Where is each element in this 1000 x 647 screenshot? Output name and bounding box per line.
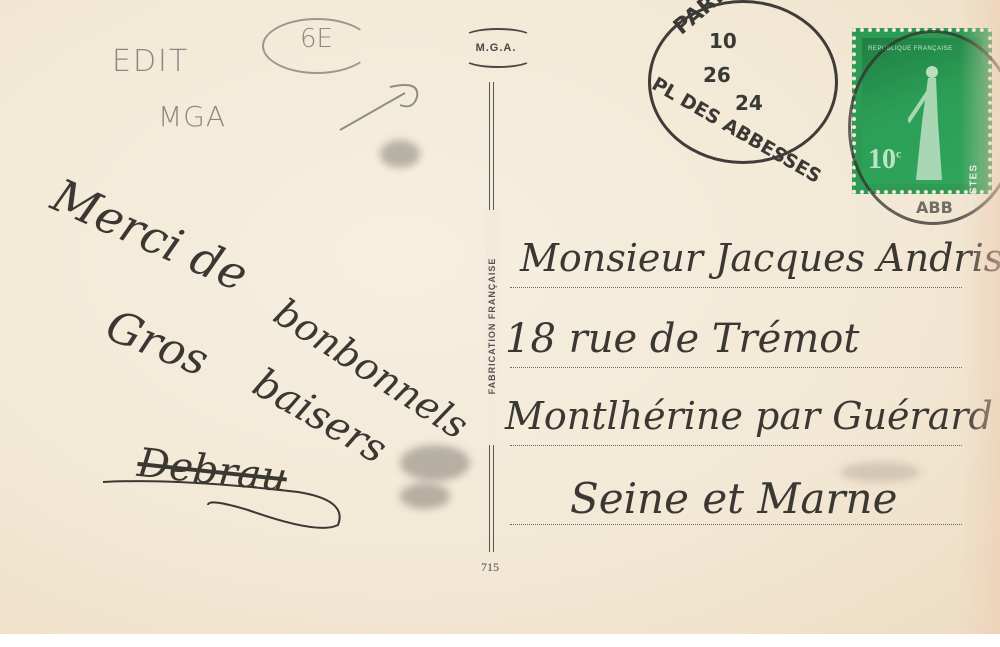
- address-rule-3: [510, 445, 962, 446]
- postmark-year: 24: [735, 91, 763, 115]
- ink-smudge: [380, 140, 420, 168]
- message-line-3: Gros: [99, 300, 216, 387]
- stamp-cancellation: [848, 30, 1000, 225]
- signature-flourish: [98, 470, 358, 540]
- address-line-2: 18 rue de Trémot: [505, 316, 859, 362]
- pencil-note-edit: EDIT: [112, 44, 189, 79]
- address-rule-1: [510, 287, 962, 288]
- postmark: PARIS 10 26 24 PL DES ABBESSES: [648, 0, 838, 164]
- arrow-icon: [335, 75, 425, 135]
- address-line-3: Montlhérine par Guérard: [505, 394, 993, 438]
- address-line-1: Monsieur Jacques Andrisson: [520, 236, 1000, 280]
- serial-number: 715: [481, 560, 499, 575]
- address-rule-4: [510, 524, 962, 525]
- postmark-hour: 10: [709, 29, 737, 53]
- divider-text: FABRICATION FRANÇAISE: [487, 258, 497, 395]
- pencil-note-6e: 6E: [300, 24, 333, 54]
- postmark-day: 26: [703, 63, 731, 87]
- cancellation-text: ABB: [916, 198, 953, 217]
- ink-smudge: [400, 445, 470, 481]
- pencil-note-mga: MGA: [158, 100, 226, 133]
- ink-smudge: [400, 483, 450, 509]
- message-line-1: Merci de: [44, 168, 256, 302]
- address-rule-2: [510, 367, 962, 368]
- postcard-back: EDIT MGA 6E Merci de bonbonnels Gros bai…: [0, 0, 1000, 634]
- publisher-logo: M.G.A.: [462, 28, 530, 68]
- address-line-4: Seine et Marne: [570, 474, 897, 523]
- stamp-label: POSTES: [969, 164, 980, 211]
